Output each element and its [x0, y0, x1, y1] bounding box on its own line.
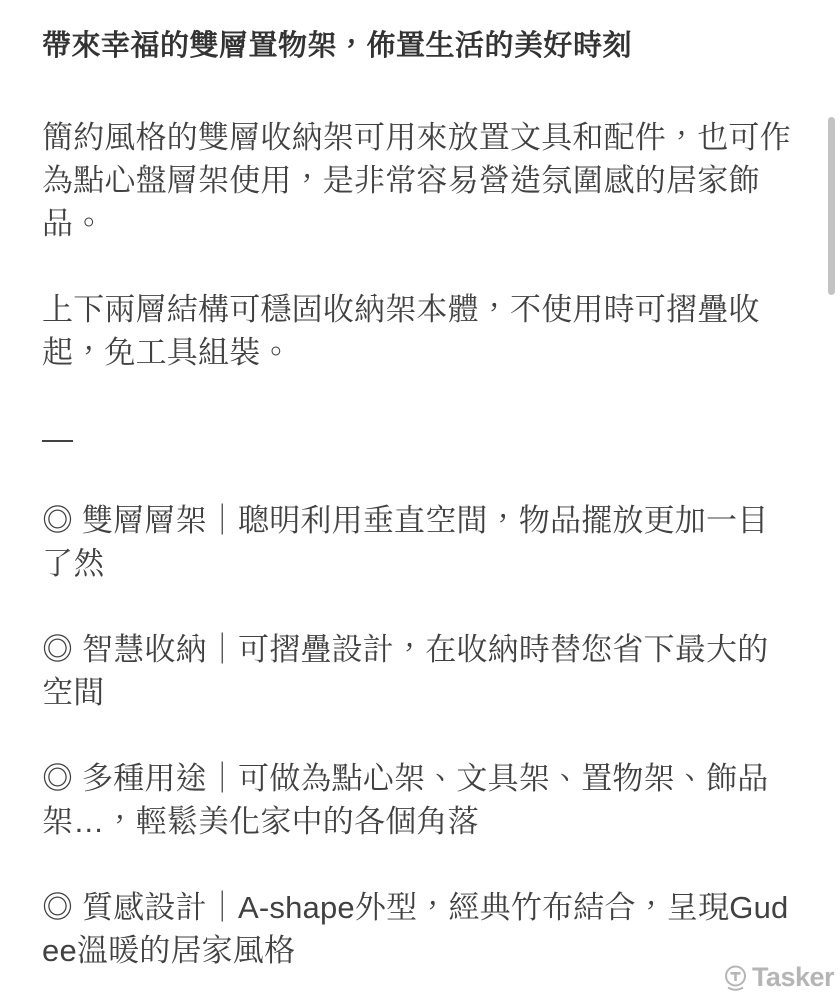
feature-item-design: ◎ 質感設計｜A-shape外型，經典竹布結合，呈現Gudee溫暖的居家風格 [42, 886, 796, 972]
product-description-page: 帶來幸福的雙層置物架，佈置生活的美好時刻 簡約風格的雙層收納架可用來放置文具和配… [0, 0, 840, 1000]
watermark-label: Tasker [752, 964, 834, 991]
section-divider: — [42, 417, 796, 460]
page-title: 帶來幸福的雙層置物架，佈置生活的美好時刻 [42, 26, 796, 66]
scrollbar-thumb[interactable] [828, 117, 835, 295]
tasker-watermark: Tasker [722, 963, 834, 992]
feature-item-multi-use: ◎ 多種用途｜可做為點心架、文具架、置物架、飾品架…，輕鬆美化家中的各個角落 [42, 757, 796, 843]
paragraph-intro: 簡約風格的雙層收納架可用來放置文具和配件，也可作為點心盤層架使用，是非常容易營造… [42, 116, 796, 245]
feature-item-double-shelf: ◎ 雙層層架｜聰明利用垂直空間，物品擺放更加一目了然 [42, 499, 796, 585]
tasker-logo-icon [722, 963, 749, 992]
paragraph-structure: 上下兩層結構可穩固收納架本體，不使用時可摺疊收起，免工具組裝。 [42, 288, 796, 374]
feature-item-smart-storage: ◎ 智慧收納｜可摺疊設計，在收納時替您省下最大的空間 [42, 628, 796, 714]
